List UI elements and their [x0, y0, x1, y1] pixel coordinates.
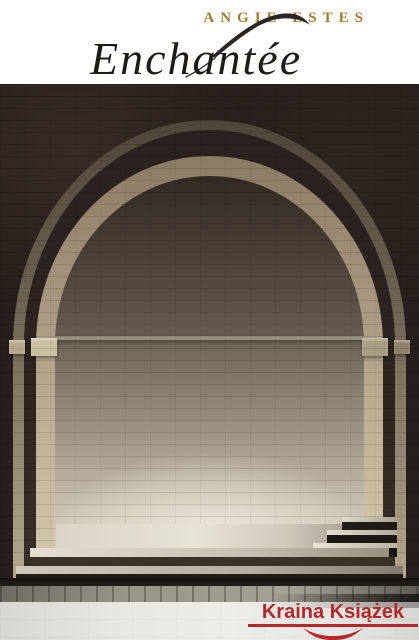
open-book-icon — [302, 627, 364, 640]
brick-texture — [0, 84, 419, 584]
watermark-text: Kraina Książek — [248, 601, 418, 623]
side-staircase-step-top — [342, 517, 397, 530]
book-cover: ANGIE ESTES Enchantée Kraina Książek — [0, 0, 419, 640]
author-name: ANGIE ESTES — [0, 10, 369, 27]
foreground-shadow — [0, 578, 419, 586]
cover-photograph — [0, 84, 419, 640]
bookstore-watermark: Kraina Książek — [248, 601, 418, 640]
threshold-step-upper — [30, 548, 389, 566]
book-title: Enchantée — [90, 36, 302, 82]
side-staircase-step-middle — [327, 530, 397, 543]
